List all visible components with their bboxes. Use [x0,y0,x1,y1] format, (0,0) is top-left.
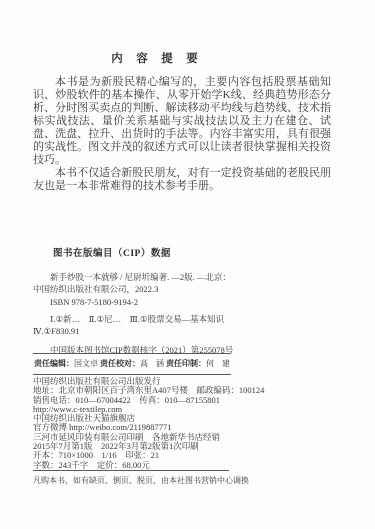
credit-proofreader: 责任校对：高 涵 [100,358,164,369]
publication-line: 字数：243千字 定价：68.00元 [33,461,303,470]
credit-editor-label: 责任编辑： [34,359,74,368]
summary-paragraph: 本书不仅适合新股民朋友，对有一定投资基础的老股民朋友也是一本非常难得的技术参考手… [33,167,331,193]
credit-editor: 责任编辑：国文卓 [34,358,98,369]
content-summary-title: 内 容 提 要 [0,50,310,66]
cip-entry-line: 中国纺织出版社有限公司，2022.3 [33,283,303,295]
content-summary: 本书是为新股民精心编写的，主要内容包括股票基础知识、炒股软件的基本操作、从零开始… [33,76,331,193]
credit-proofreader-label: 责任校对： [100,359,140,368]
footer-note: 凡购本书，如有缺页、倒页、脱页，由本社图书营销中心调换 [33,475,303,486]
credit-printing: 责任印制：何 建 [166,358,230,369]
cip-section: 图书在版编目（CIP）数据 新手炒股一本就够 / 尼尉圻编著. —2版. —北京… [33,248,303,356]
credit-printing-name: 何 建 [206,359,230,368]
cip-classification-line: Ⅰ.①新… Ⅱ.①尼… Ⅲ.①股票交易—基本知识 [33,313,303,325]
book-copyright-page: 内 容 提 要 本书是为新股民精心编写的，主要内容包括股票基础知识、炒股软件的基… [0,0,375,529]
credits-row: 责任编辑：国文卓 责任校对：高 涵 责任印制：何 建 [33,353,231,375]
summary-paragraph: 本书是为新股民精心编写的，主要内容包括股票基础知识、炒股软件的基本操作、从零开始… [33,76,331,167]
credit-proofreader-name: 高 涵 [140,359,164,368]
credit-printing-label: 责任印制： [166,359,206,368]
cip-entry-line: 新手炒股一本就够 / 尼尉圻编著. —2版. —北京： [33,271,303,283]
publication-info: 中国纺织出版社有限公司出版发行 地址：北京市朝阳区百子湾东里A407号楼 邮政编… [33,377,303,470]
cip-heading: 图书在版编目（CIP）数据 [53,248,303,260]
credit-editor-name: 国文卓 [74,359,98,368]
footer-divider [33,470,229,471]
cip-isbn: ISBN 978-7-5180-9194-2 [33,296,303,308]
footer-section: 凡购本书，如有缺页、倒页、脱页，由本社图书营销中心调换 [33,470,303,486]
cip-classification-line: Ⅳ.①F830.91 [33,325,303,337]
